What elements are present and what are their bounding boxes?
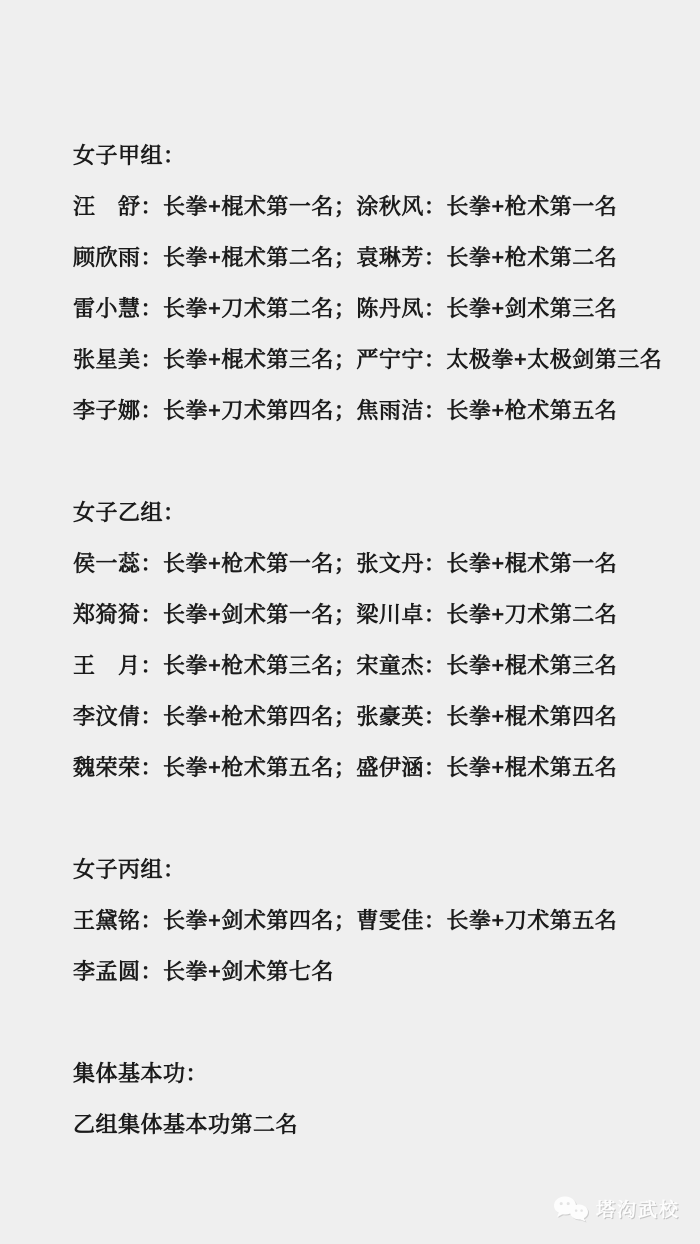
watermark-label: 塔沟武校: [596, 1195, 680, 1222]
result-line: 王 月：长拳+枪术第三名；宋童杰：长拳+棍术第三名: [73, 640, 670, 691]
section-title: 集体基本功：: [73, 1048, 670, 1099]
result-line: 张星美：长拳+棍术第三名；严宁宁：太极拳+太极剑第三名: [73, 334, 670, 385]
result-line: 雷小慧：长拳+刀术第二名；陈丹凤：长拳+剑术第三名: [73, 283, 670, 334]
wechat-watermark: 塔沟武校: [553, 1195, 680, 1222]
result-line: 魏荣荣：长拳+枪术第五名；盛伊涵：长拳+棍术第五名: [73, 742, 670, 793]
result-line: 侯一蕊：长拳+枪术第一名；张文丹：长拳+棍术第一名: [73, 538, 670, 589]
section-title: 女子丙组：: [73, 844, 670, 895]
section-title: 女子乙组：: [73, 487, 670, 538]
result-line: 李孟圆：长拳+剑术第七名: [73, 946, 670, 997]
results-document: 女子甲组：汪 舒：长拳+棍术第一名；涂秋风：长拳+枪术第一名顾欣雨：长拳+棍术第…: [0, 0, 700, 1244]
result-section: 女子丙组：王黛铭：长拳+剑术第四名；曹雯佳：长拳+刀术第五名李孟圆：长拳+剑术第…: [73, 844, 670, 997]
result-line: 李子娜：长拳+刀术第四名；焦雨洁：长拳+枪术第五名: [73, 385, 670, 436]
result-line: 郑猗猗：长拳+剑术第一名；梁川卓：长拳+刀术第二名: [73, 589, 670, 640]
result-line: 乙组集体基本功第二名: [73, 1099, 670, 1150]
wechat-icon: [553, 1195, 589, 1222]
result-line: 李汶倩：长拳+枪术第四名；张豪英：长拳+棍术第四名: [73, 691, 670, 742]
result-line: 王黛铭：长拳+剑术第四名；曹雯佳：长拳+刀术第五名: [73, 895, 670, 946]
result-section: 集体基本功：乙组集体基本功第二名: [73, 1048, 670, 1150]
results-sections: 女子甲组：汪 舒：长拳+棍术第一名；涂秋风：长拳+枪术第一名顾欣雨：长拳+棍术第…: [73, 130, 670, 1150]
section-title: 女子甲组：: [73, 130, 670, 181]
result-section: 女子乙组：侯一蕊：长拳+枪术第一名；张文丹：长拳+棍术第一名郑猗猗：长拳+剑术第…: [73, 487, 670, 793]
result-line: 汪 舒：长拳+棍术第一名；涂秋风：长拳+枪术第一名: [73, 181, 670, 232]
result-line: 顾欣雨：长拳+棍术第二名；袁琳芳：长拳+枪术第二名: [73, 232, 670, 283]
result-section: 女子甲组：汪 舒：长拳+棍术第一名；涂秋风：长拳+枪术第一名顾欣雨：长拳+棍术第…: [73, 130, 670, 436]
